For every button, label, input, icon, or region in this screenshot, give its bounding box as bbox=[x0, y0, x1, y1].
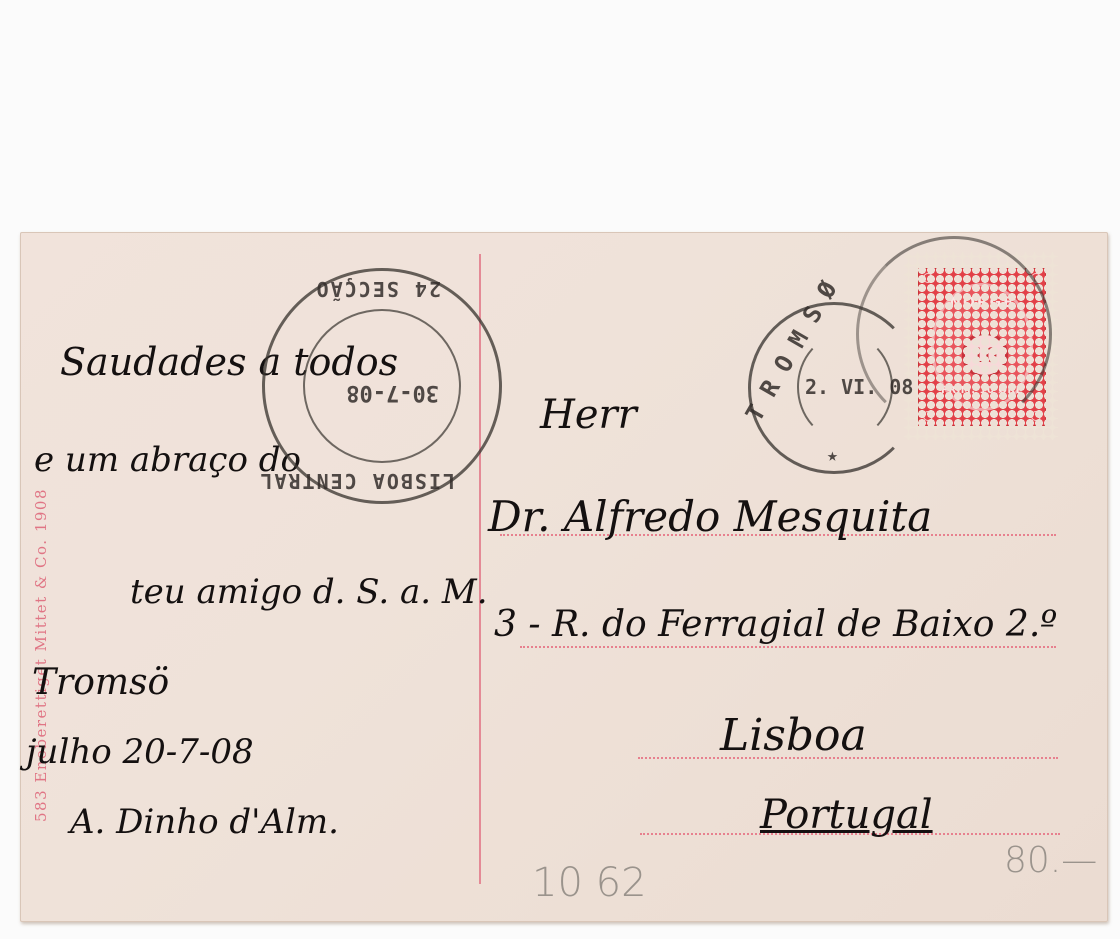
address-street: 3 - R. do Ferragial de Baixo 2.º bbox=[494, 604, 1057, 645]
postmark-section: 24 SECÇÃO bbox=[315, 277, 441, 301]
pencil-note-center: 10 62 bbox=[532, 860, 647, 906]
postmark-date: 30-7-08 bbox=[346, 380, 439, 405]
star-icon: ★ bbox=[827, 445, 838, 466]
postmark-office: LISBOA CENTRAL bbox=[258, 469, 455, 493]
postmark-origin-partial bbox=[856, 236, 1052, 432]
address-country: Portugal bbox=[760, 792, 933, 838]
message-signature: A. Dinho d'Alm. bbox=[70, 802, 339, 842]
rosette-icon bbox=[1031, 411, 1041, 421]
message-line: Tromsö bbox=[32, 662, 169, 703]
address-city: Lisboa bbox=[720, 710, 867, 761]
postcard-address-side: 583 Eneberettiget Mittet & Co. 1908 Saud… bbox=[20, 232, 1108, 922]
message-line: teu amigo d. S. a. M. bbox=[130, 572, 488, 612]
address-line-2 bbox=[520, 646, 1056, 648]
address-salutation: Herr bbox=[540, 392, 637, 438]
address-name: Dr. Alfredo Mesquita bbox=[488, 492, 932, 541]
message-line: julho 20-7-08 bbox=[26, 732, 254, 772]
pencil-note-price: 80.— bbox=[1004, 840, 1097, 881]
postmark-arrival: LISBOA CENTRAL 30-7-08 24 SECÇÃO bbox=[262, 268, 502, 504]
